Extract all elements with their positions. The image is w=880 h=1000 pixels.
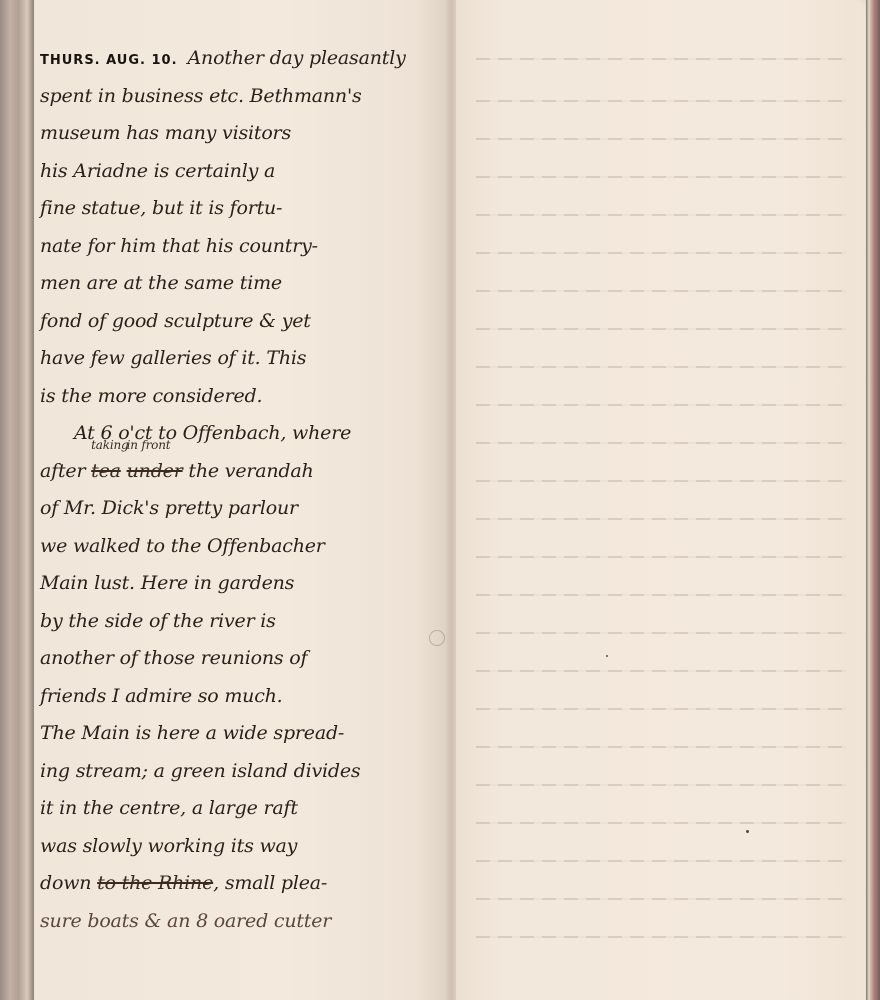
struck-text: tea	[91, 460, 121, 482]
paper-spot	[746, 830, 749, 833]
entry-line-with-corrections: after takingtea in frontunder the verand…	[40, 453, 448, 491]
entry-line: was slowly working its way	[40, 828, 448, 866]
entry-line: Main lust. Here in gardens	[40, 565, 448, 603]
book-spine-edge	[0, 0, 35, 1000]
bleed-through-line	[476, 860, 846, 862]
entry-line: by the side of the river is	[40, 603, 448, 641]
book-cover-edge	[866, 0, 880, 1000]
entry-line: it in the centre, a large raft	[40, 790, 448, 828]
entry-line: of Mr. Dick's pretty parlour	[40, 490, 448, 528]
bleed-through-line	[476, 746, 846, 748]
notebook-spread: THURS. AUG. 10.Another day pleasantly sp…	[0, 0, 880, 1000]
bleed-through-line	[476, 518, 846, 520]
bleed-through-line	[476, 138, 846, 140]
bleed-through-line	[476, 556, 846, 558]
entry-line: ing stream; a green island divides	[40, 753, 448, 791]
entry-line: sure boats & an 8 oared cutter	[40, 903, 448, 941]
journal-entry: THURS. AUG. 10.Another day pleasantly sp…	[40, 40, 448, 940]
entry-line-with-strikethrough: down to the Rhine, small plea-	[40, 865, 448, 903]
bleed-through-line	[476, 898, 846, 900]
bleed-through-line	[476, 58, 846, 60]
bleed-through-line	[476, 936, 846, 938]
entry-line: another of those reunions of	[40, 640, 448, 678]
entry-line: fond of good sculpture & yet	[40, 303, 448, 341]
pencil-mark	[429, 630, 445, 646]
bleed-through-line	[476, 252, 846, 254]
entry-line: The Main is here a wide spread-	[40, 715, 448, 753]
correction: in frontunder	[127, 453, 183, 491]
entry-line: we walked to the Offenbacher	[40, 528, 448, 566]
bleed-through-line	[476, 594, 846, 596]
bleed-through-line	[476, 784, 846, 786]
entry-line: THURS. AUG. 10.Another day pleasantly	[40, 40, 448, 78]
bleed-through-line	[476, 632, 846, 634]
bleed-through-line	[476, 404, 846, 406]
entry-line: his Ariadne is certainly a	[40, 153, 448, 191]
insertion-text: in front	[127, 439, 171, 451]
entry-line: have few galleries of it. This	[40, 340, 448, 378]
paper-spot	[606, 655, 608, 657]
entry-line: spent in business etc. Bethmann's	[40, 78, 448, 116]
date-heading: THURS. AUG. 10.	[40, 53, 178, 68]
bleed-through-line	[476, 328, 846, 330]
bleed-through-line	[476, 214, 846, 216]
entry-line: men are at the same time	[40, 265, 448, 303]
bleed-through-line	[476, 822, 846, 824]
right-page-blank	[456, 0, 866, 1000]
bleed-through-line	[476, 176, 846, 178]
bleed-through-line	[476, 670, 846, 672]
entry-line: museum has many visitors	[40, 115, 448, 153]
entry-line: friends I admire so much.	[40, 678, 448, 716]
bleed-through-line	[476, 100, 846, 102]
struck-text: to the Rhine	[97, 872, 213, 894]
bleed-through-line	[476, 442, 846, 444]
insertion-text: taking	[91, 439, 128, 451]
correction: takingtea	[91, 453, 121, 491]
entry-line: fine statue, but it is fortu-	[40, 190, 448, 228]
left-page: THURS. AUG. 10.Another day pleasantly sp…	[34, 0, 450, 1000]
entry-line: nate for him that his country-	[40, 228, 448, 266]
bleed-through-line	[476, 480, 846, 482]
struck-text: under	[127, 460, 183, 482]
bleed-through-line	[476, 708, 846, 710]
bleed-through-line	[476, 290, 846, 292]
entry-line: is the more considered.	[40, 378, 448, 416]
bleed-through-line	[476, 366, 846, 368]
